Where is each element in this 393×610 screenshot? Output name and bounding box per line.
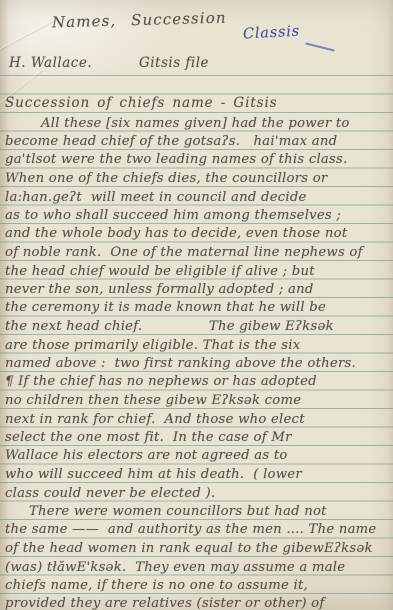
classification-note: Classis <box>243 24 301 43</box>
manuscript-line: provided they are relatives (sister or o… <box>5 596 393 610</box>
paper-crease <box>0 18 58 52</box>
manuscript-line: never the son, unless formally adopted ;… <box>5 282 393 299</box>
manuscript-line: the ceremony it is made known that he wi… <box>5 300 393 317</box>
manuscript-line: of noble rank. One of the maternal line … <box>5 245 393 262</box>
manuscript-line: and the whole body has to decide, even t… <box>5 226 393 243</box>
manuscript-page: Names, Succession Classis H. Wallace. Gi… <box>0 0 393 610</box>
manuscript-line: chiefs name, if there is no one to assum… <box>5 578 393 595</box>
manuscript-line: as to who shall succeed him among themse… <box>5 208 393 225</box>
manuscript-line: Wallace his electors are not agreed as t… <box>5 448 393 465</box>
manuscript-line: la:han.geʔt will meet in council and dec… <box>5 190 393 207</box>
attribution-line: H. Wallace. Gitsis file <box>9 55 209 71</box>
manuscript-line: no children then these gibew Eʔksək come <box>5 393 393 410</box>
file-label: Gitsis file <box>139 55 209 71</box>
manuscript-line: the same —— and authority as the men ...… <box>5 522 393 539</box>
manuscript-line: (was) tłăwE'ksək. They even may assume a… <box>5 560 393 577</box>
manuscript-line: of the head women in rank equal to the g… <box>5 541 393 558</box>
manuscript-line: who will succeed him at his death. ( low… <box>5 467 393 484</box>
manuscript-line: become head chief of the gotsaʔs. hai'ma… <box>5 134 393 151</box>
manuscript-line: named above : two first ranking above th… <box>5 356 393 373</box>
manuscript-line: ¶ If the chief has no nephews or has ado… <box>5 374 393 391</box>
manuscript-line: There were women councillors but had not <box>5 504 393 521</box>
author-name: H. Wallace. <box>9 55 92 71</box>
manuscript-line: All these [six names given] had the powe… <box>5 116 393 133</box>
ink-stroke-mark <box>305 42 335 51</box>
manuscript-line: class could never be elected ). <box>5 486 393 503</box>
manuscript-line: select the one most fit. In the case of … <box>5 430 393 447</box>
manuscript-line: When one of the chiefs dies, the council… <box>5 171 393 188</box>
manuscript-line: are those primarily eligible. That is th… <box>5 338 393 355</box>
section-heading: Succession of chiefs name - Gitsis <box>5 95 278 111</box>
manuscript-line: next in rank for chief. And those who el… <box>5 412 393 429</box>
page-title: Names, Succession <box>52 9 227 32</box>
manuscript-line: ga'tlsot were the two leading names of t… <box>5 152 393 169</box>
manuscript-line: the head chief would be eligible if aliv… <box>5 264 393 281</box>
manuscript-line: the next head chief. The gibew Eʔksək <box>5 319 393 336</box>
